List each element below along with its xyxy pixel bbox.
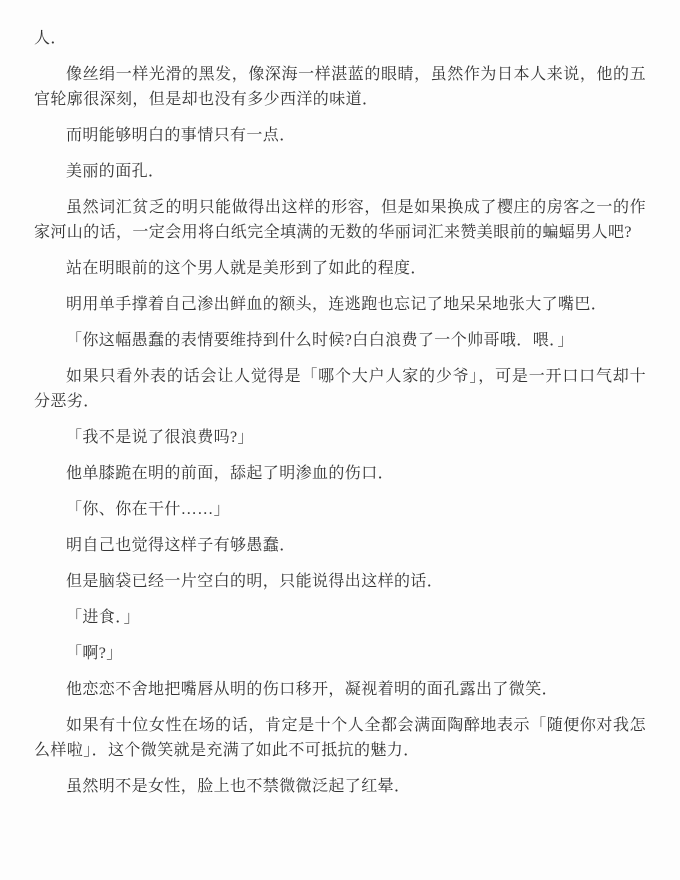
paragraph: 站在明眼前的这个男人就是美形到了如此的程度． bbox=[34, 256, 646, 281]
paragraph: 虽然明不是女性，脸上也不禁微微泛起了红晕． bbox=[34, 774, 646, 799]
paragraph: 「进食．」 bbox=[34, 605, 646, 630]
paragraph: 「你、你在干什……」 bbox=[34, 497, 646, 522]
paragraph: 明自己也觉得这样子有够愚蠢． bbox=[34, 533, 646, 558]
paragraph: 虽然词汇贫乏的明只能做得出这样的形容，但是如果换成了樱庄的房客之一的作家河山的话… bbox=[34, 195, 646, 245]
paragraph: 像丝绢一样光滑的黑发，像深海一样湛蓝的眼睛，虽然作为日本人来说，他的五官轮廓很深… bbox=[34, 62, 646, 112]
paragraph: 如果只看外表的话会让人觉得是「哪个大户人家的少爷」，可是一开口口气却十分恶劣． bbox=[34, 364, 646, 414]
paragraph: 他恋恋不舍地把嘴唇从明的伤口移开，凝视着明的面孔露出了微笑． bbox=[34, 677, 646, 702]
paragraph: 「我不是说了很浪费吗?」 bbox=[34, 425, 646, 450]
paragraph: 「啊?」 bbox=[34, 641, 646, 666]
paragraph: 人． bbox=[34, 26, 646, 51]
paragraph: 但是脑袋已经一片空白的明，只能说得出这样的话． bbox=[34, 569, 646, 594]
paragraph: 如果有十位女性在场的话，肯定是十个人全都会满面陶醉地表示「随便你对我怎么样啦」．… bbox=[34, 713, 646, 763]
novel-page: 人．像丝绢一样光滑的黑发，像深海一样湛蓝的眼睛，虽然作为日本人来说，他的五官轮廓… bbox=[0, 0, 680, 880]
novel-text-body: 人．像丝绢一样光滑的黑发，像深海一样湛蓝的眼睛，虽然作为日本人来说，他的五官轮廓… bbox=[34, 26, 646, 810]
paragraph: 明用单手撑着自己渗出鲜血的额头，连逃跑也忘记了地呆呆地张大了嘴巴． bbox=[34, 292, 646, 317]
paragraph: 他单膝跪在明的前面，舔起了明渗血的伤口． bbox=[34, 461, 646, 486]
paragraph: 美丽的面孔． bbox=[34, 159, 646, 184]
paragraph: 而明能够明白的事情只有一点． bbox=[34, 123, 646, 148]
paragraph: 「你这幅愚蠢的表情要维持到什么时候?白白浪费了一个帅哥哦．喂．」 bbox=[34, 328, 646, 353]
